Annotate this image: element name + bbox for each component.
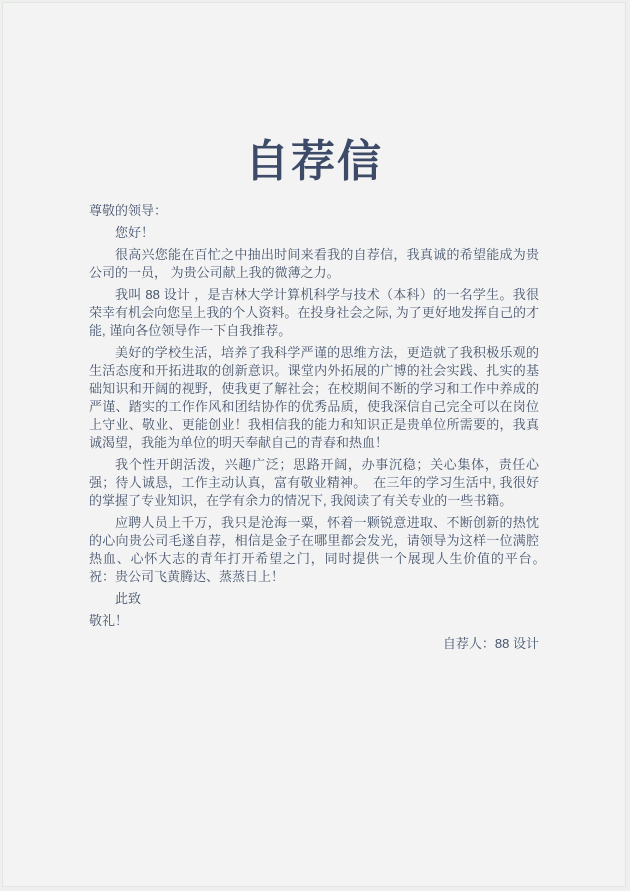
letter-title: 自荐信 — [89, 140, 539, 184]
letter-page: 自荐信 尊敬的领导： 您好！ 很高兴您能在百忙之中抽出时间来看我的自荐信，我真诚… — [2, 2, 626, 887]
paragraph-2: 我叫 88 设计 ，是吉林大学计算机科学与技术（本科）的一名学生。我很荣幸有机会… — [89, 286, 539, 340]
closing-jingli: 敬礼！ — [89, 612, 539, 630]
paragraph-1: 很高兴您能在百忙之中抽出时间来看我的自荐信，我真诚的希望能成为贵公司的一员， 为… — [89, 246, 539, 282]
document-canvas: 自荐信 尊敬的领导： 您好！ 很高兴您能在百忙之中抽出时间来看我的自荐信，我真诚… — [0, 0, 630, 891]
paragraph-4: 我个性开朗活泼，兴趣广泛；思路开阔，办事沉稳；关心集体，责任心强；待人诚恳，工作… — [89, 456, 539, 510]
letter-content: 自荐信 尊敬的领导： 您好！ 很高兴您能在百忙之中抽出时间来看我的自荐信，我真诚… — [89, 3, 539, 658]
paragraph-3: 美好的学校生活，培养了我科学严谨的思维方法，更造就了我积极乐观的生活态度和开拓进… — [89, 344, 539, 452]
signature: 自荐人：88 设计 — [89, 635, 539, 653]
salutation: 尊敬的领导： — [89, 202, 539, 220]
closing-cizhi: 此致 — [89, 590, 539, 608]
paragraph-5: 应聘人员上千万，我只是沧海一粟，怀着一颗锐意进取、不断创新的热忱的心向贵公司毛遂… — [89, 514, 539, 586]
greeting: 您好！ — [89, 224, 539, 242]
